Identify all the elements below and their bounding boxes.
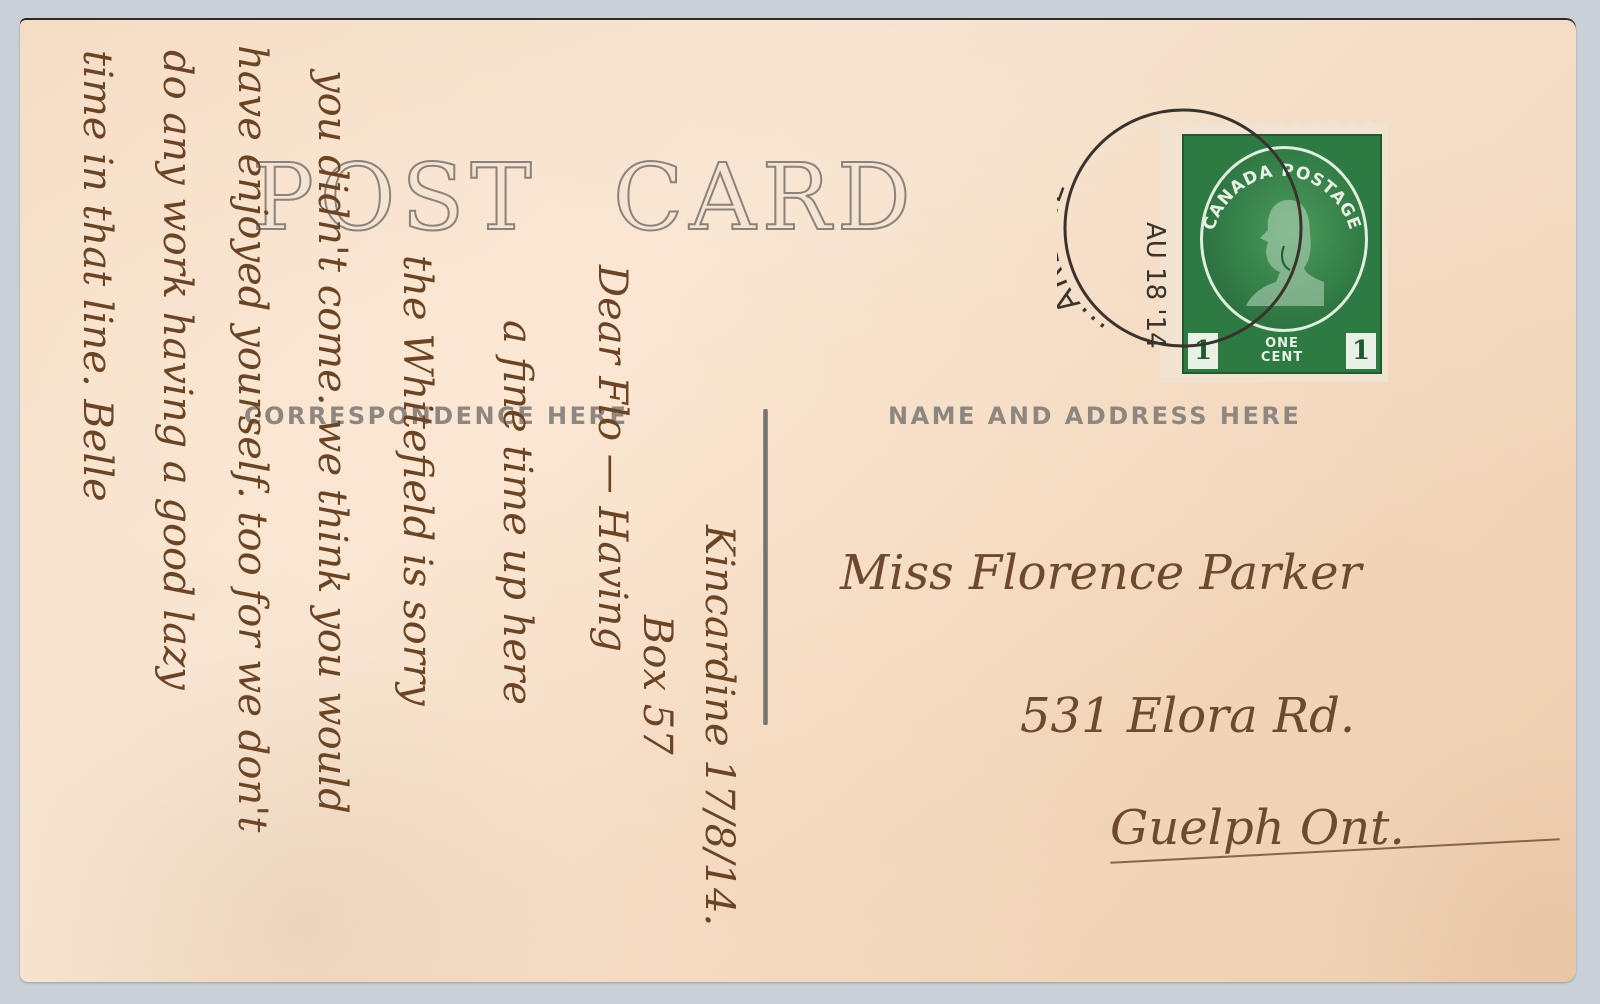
divider-line — [763, 409, 768, 725]
address-city: Guelph Ont. — [1110, 800, 1405, 856]
message-line: you didn't come. we think you would — [309, 70, 355, 814]
message-line: have enjoyed yourself. too for we don't — [229, 45, 275, 832]
address-street: 531 Elora Rd. — [1020, 688, 1355, 744]
svg-text:...ARDINE: ...ARDINE — [1057, 175, 1112, 348]
address-recipient: Miss Florence Parker — [840, 545, 1362, 601]
postmark-cancellation: ...ARDINE AU 18 '14 — [1057, 102, 1309, 354]
message-line: do any work having a good lazy — [154, 50, 200, 690]
postmark-date-text: AU 18 '14 — [1140, 222, 1170, 349]
postcard: POST CARD CORRESPONDENCE HERE NAME AND A… — [20, 20, 1576, 982]
postmark-town-text: ...ARDINE — [1057, 175, 1112, 348]
message-header-box: Box 57 — [634, 615, 680, 755]
message-line: a fine time up here — [494, 320, 540, 705]
message-line: time in that line. Belle — [74, 50, 120, 502]
message-line: Dear Flo — Having — [589, 265, 635, 652]
message-header-place-date: Kincardine 17/8/14. — [696, 525, 742, 926]
address-label: NAME AND ADDRESS HERE — [888, 402, 1301, 430]
message-line: the Whitefield is sorry — [394, 255, 440, 706]
stamp-denomination-right: 1 — [1346, 333, 1376, 369]
